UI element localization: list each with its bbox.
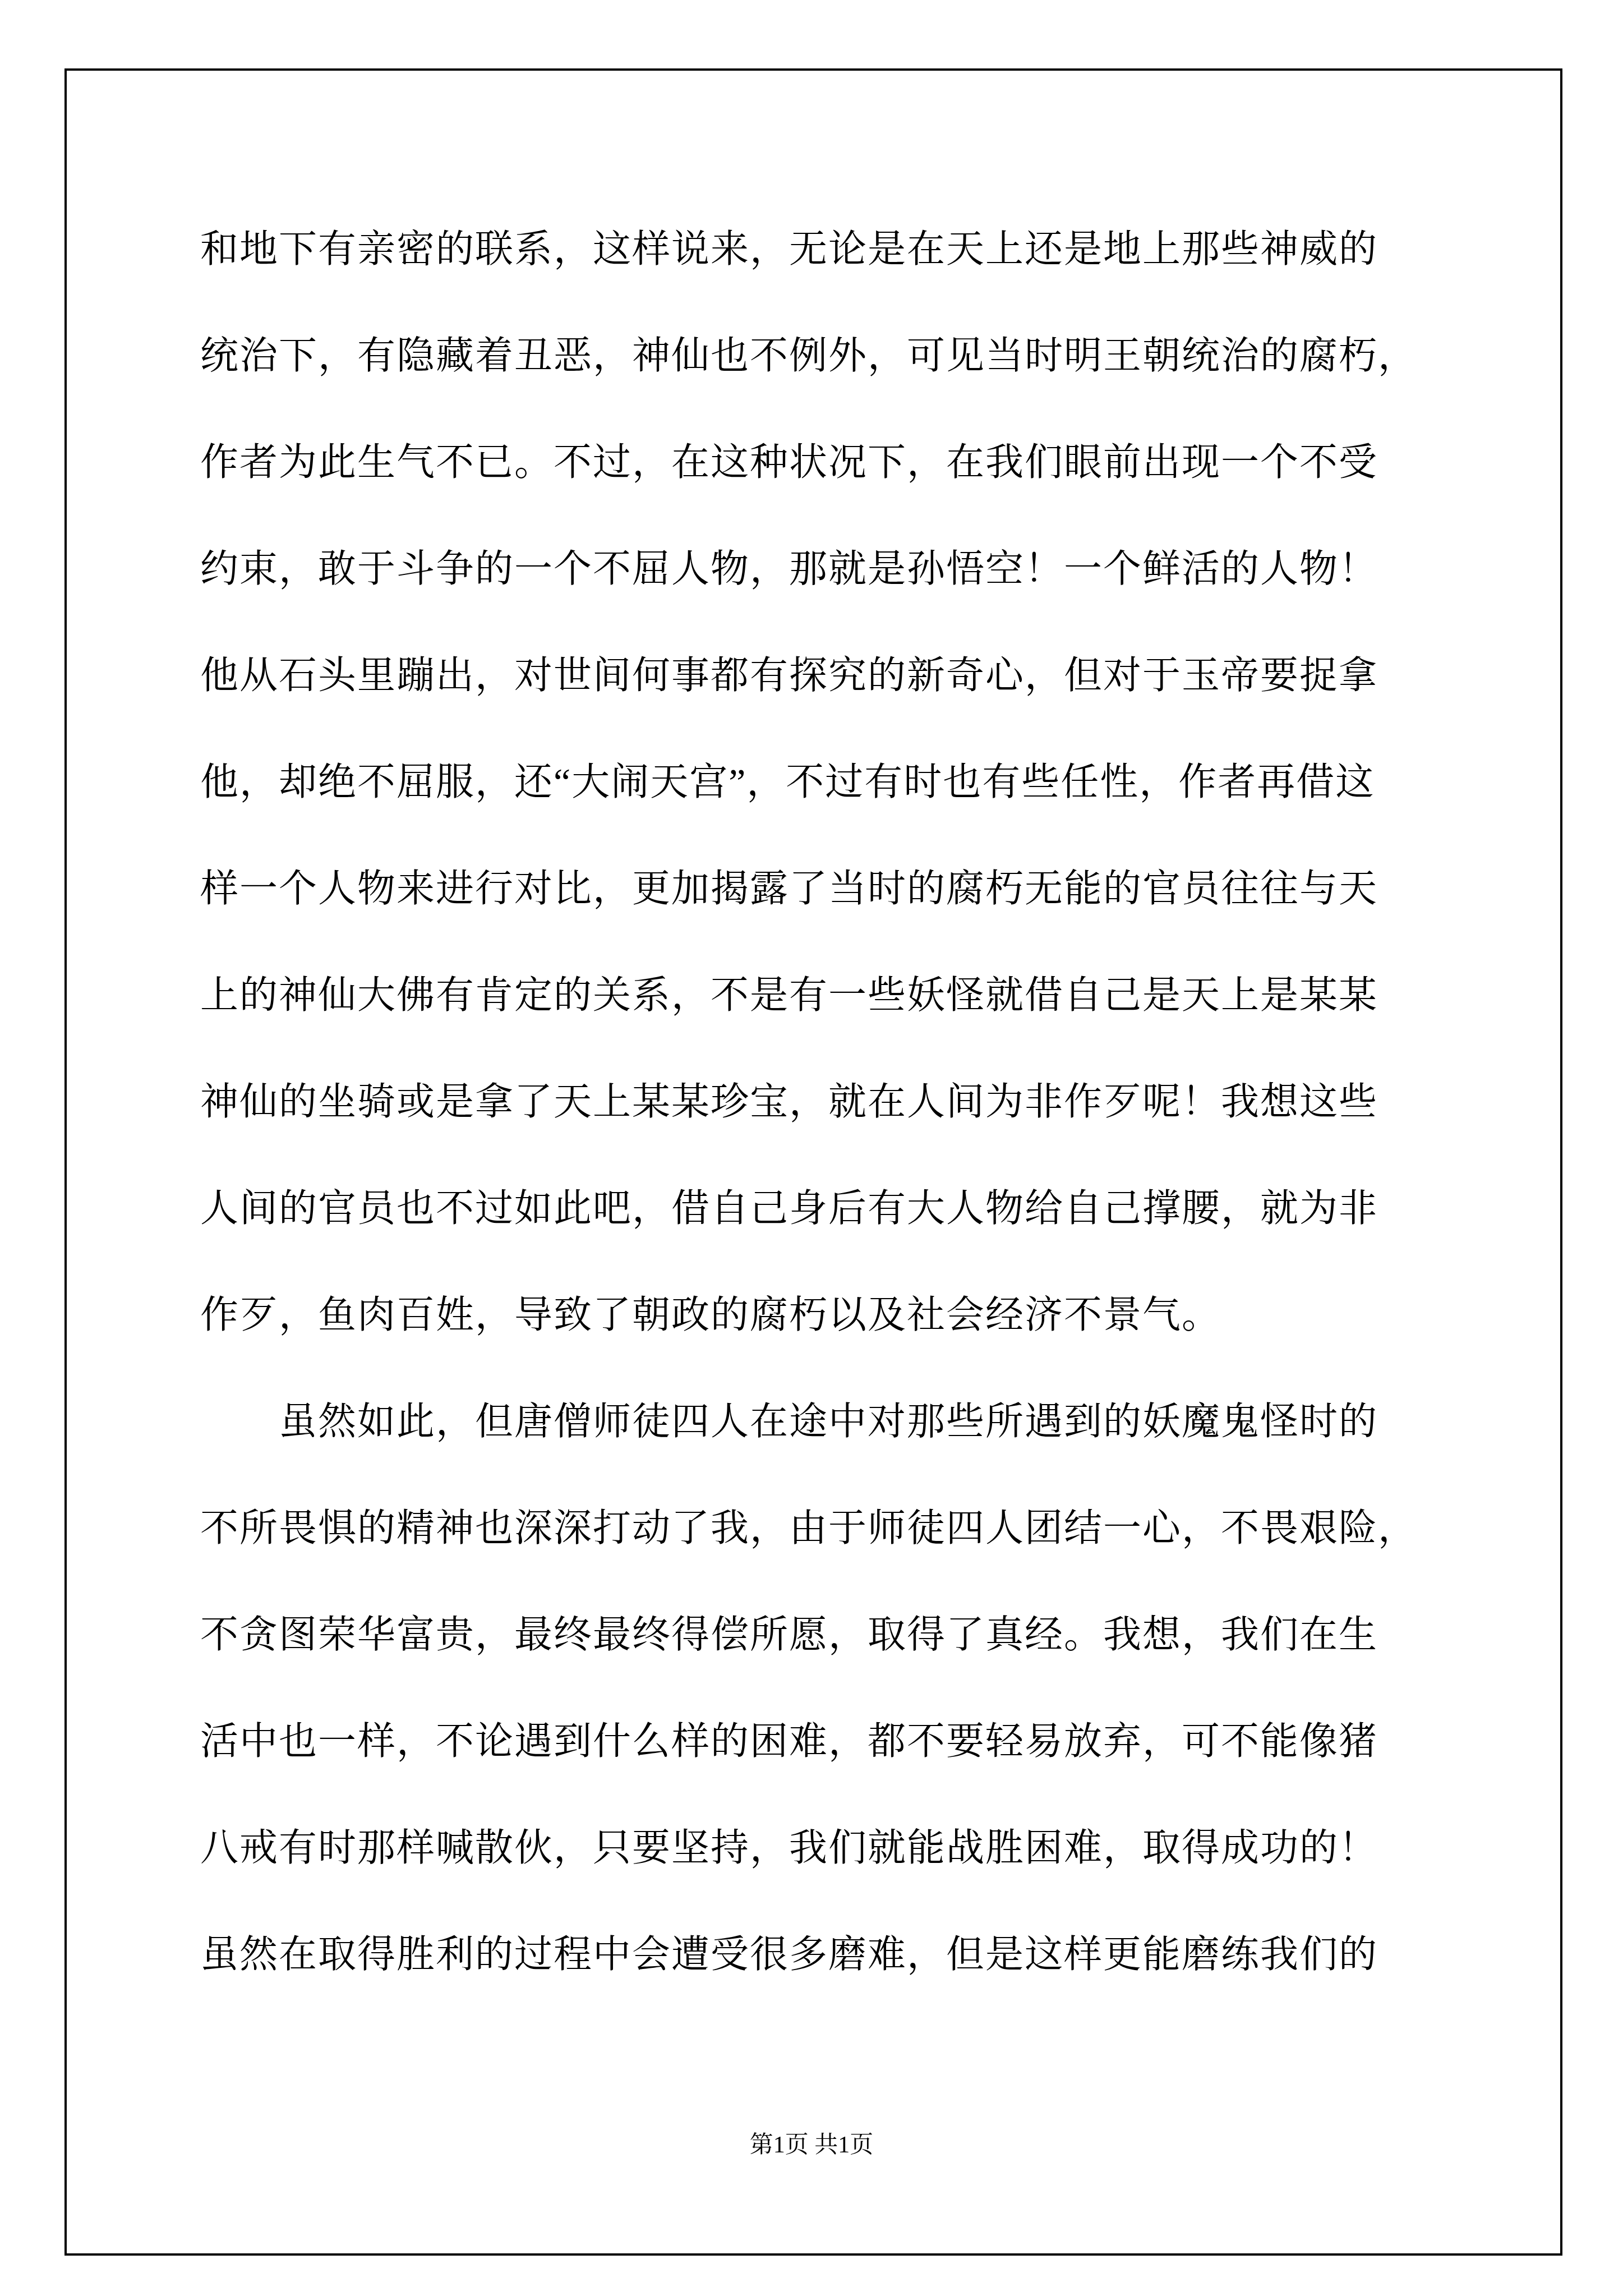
document-page: 和地下有亲密的联系，这样说来，无论是在天上还是地上那些神威的 统治下，有隐藏着丑… [0, 0, 1623, 2296]
essay-line: 神仙的坐骑或是拿了天上某某珍宝，就在人间为非作歹呢！我想这些 [200, 1048, 1424, 1155]
essay-line: 样一个人物来进行对比，更加揭露了当时的腐朽无能的官员往往与天 [200, 835, 1424, 942]
essay-line: 人间的官员也不过如此吧，借自己身后有大人物给自己撑腰，就为非 [200, 1155, 1424, 1262]
essay-line: 不所畏惧的精神也深深打动了我，由于师徒四人团结一心，不畏艰险， [200, 1475, 1424, 1581]
essay-line: 作者为此生气不已。不过，在这种状况下，在我们眼前出现一个不受 [200, 409, 1424, 516]
page-footer: 第1页 共1页 [0, 2128, 1623, 2162]
essay-line: 不贪图荣华富贵，最终最终得偿所愿，取得了真经。我想，我们在生 [200, 1581, 1424, 1688]
essay-line: 虽然在取得胜利的过程中会遭受很多磨难，但是这样更能磨练我们的 [200, 1901, 1424, 2008]
essay-line: 他从石头里蹦出，对世间何事都有探究的新奇心，但对于玉帝要捉拿 [200, 622, 1424, 729]
essay-line: 上的神仙大佛有肯定的关系，不是有一些妖怪就借自己是天上是某某 [200, 942, 1424, 1048]
essay-line: 他，却绝不屈服，还“大闹天宫”，不过有时也有些任性，作者再借这 [200, 729, 1424, 835]
essay-line paragraph-start: 虽然如此，但唐僧师徒四人在途中对那些所遇到的妖魔鬼怪时的 [200, 1368, 1424, 1475]
essay-line paragraph-end: 作歹，鱼肉百姓，导致了朝政的腐朽以及社会经济不景气。 [200, 1262, 1424, 1368]
essay-line: 约束，敢于斗争的一个不屈人物，那就是孙悟空！一个鲜活的人物！ [200, 516, 1424, 622]
essay-body: 和地下有亲密的联系，这样说来，无论是在天上还是地上那些神威的 统治下，有隐藏着丑… [200, 196, 1424, 2008]
page-number-label: 第1页 共1页 [750, 2132, 874, 2158]
essay-line: 活中也一样，不论遇到什么样的困难，都不要轻易放弃，可不能像猪 [200, 1688, 1424, 1795]
essay-line: 和地下有亲密的联系，这样说来，无论是在天上还是地上那些神威的 [200, 196, 1424, 302]
essay-line: 统治下，有隐藏着丑恶，神仙也不例外，可见当时明王朝统治的腐朽， [200, 302, 1424, 409]
essay-line: 八戒有时那样喊散伙，只要坚持，我们就能战胜困难，取得成功的！ [200, 1795, 1424, 1901]
